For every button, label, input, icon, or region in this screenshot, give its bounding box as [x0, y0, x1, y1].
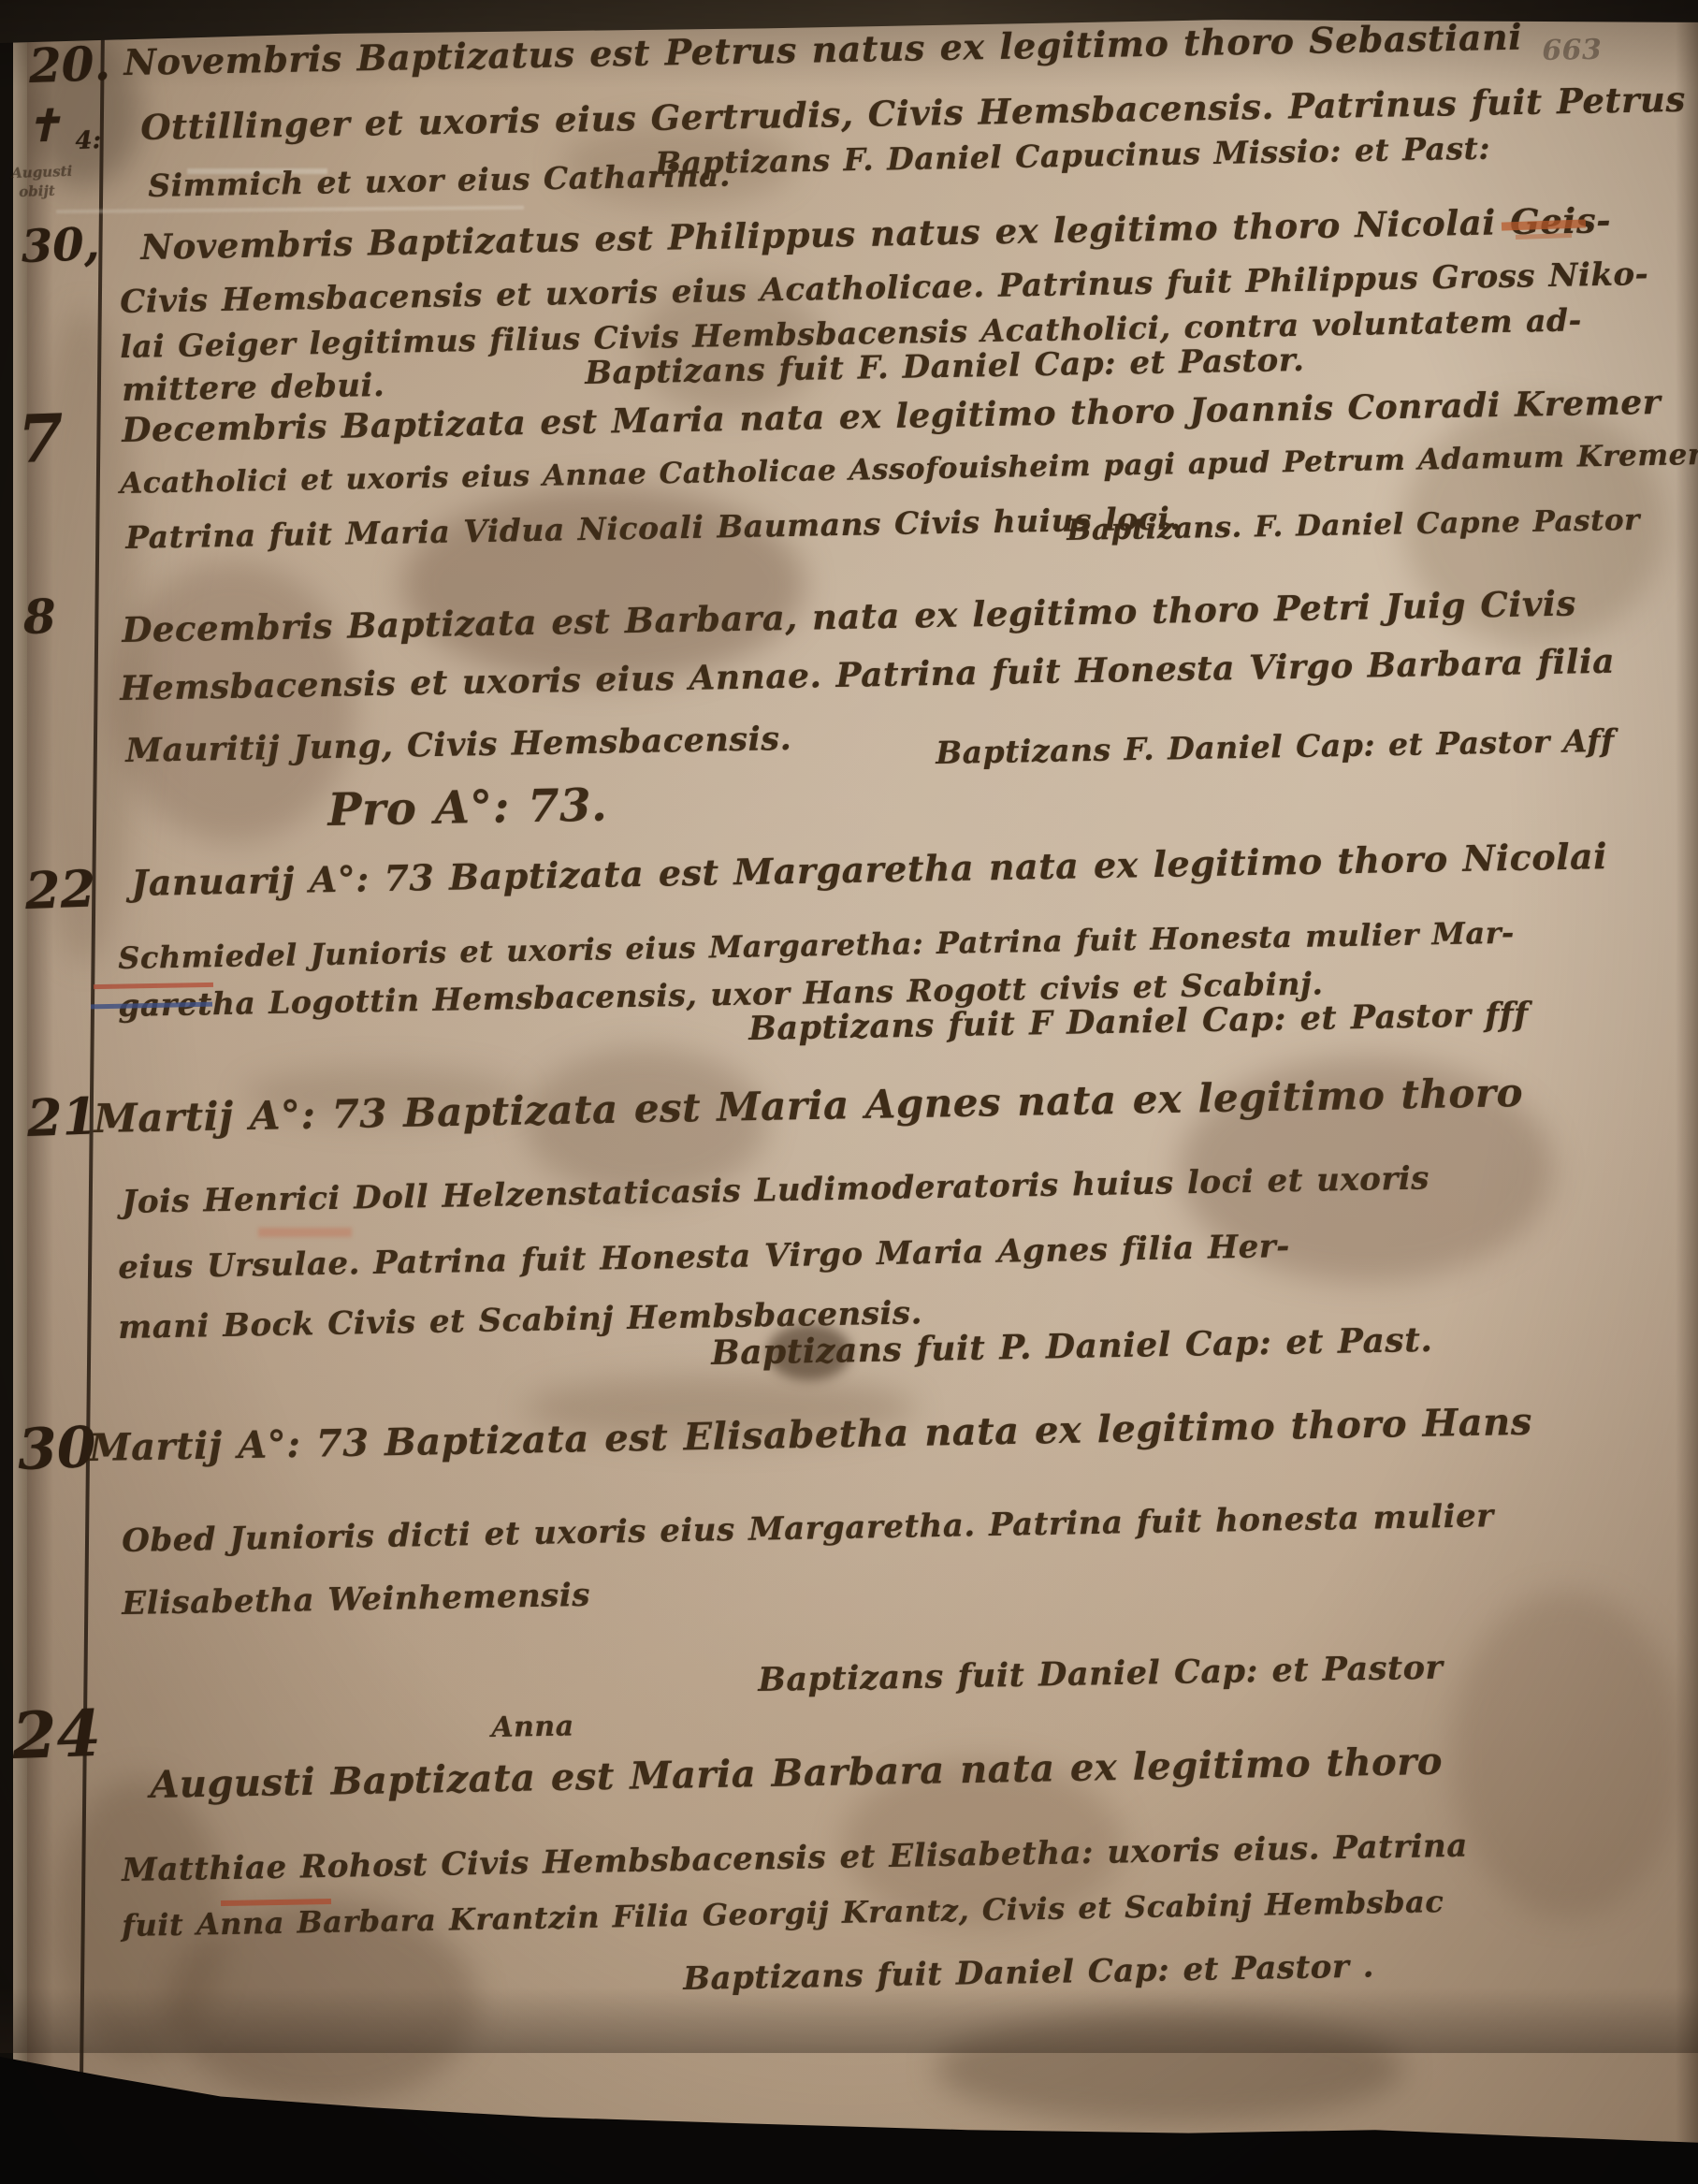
year-header: Pro A°: 73.: [327, 783, 608, 833]
register-line: Elisabetha Weinhemensis: [122, 1580, 590, 1620]
adjacent-page-edge: [13, 0, 27, 2184]
folio-number: 663: [1542, 36, 1603, 66]
margin-day: 8: [22, 593, 57, 641]
margin-note-day: 4:: [75, 128, 102, 153]
margin-day: 24: [11, 1702, 102, 1769]
margin-day: 20.: [28, 40, 111, 90]
margin-day: 30: [17, 1420, 97, 1478]
margin-note-word: obijt: [19, 184, 55, 199]
interlinear-insert: Anna: [491, 1712, 574, 1742]
scan-background-edge: [0, 0, 13, 2184]
manuscript-scan: 663 20. ✝ 4: Augusti obijt 30, 7 8 22 21…: [0, 0, 1698, 2184]
fore-edge-shading: [1676, 0, 1698, 2184]
margin-day: 21: [26, 1090, 98, 1143]
cross-icon: ✝: [24, 104, 62, 148]
margin-day: 30,: [21, 222, 100, 269]
register-line: mittere debui.: [122, 370, 385, 406]
margin-day: 7: [17, 405, 65, 473]
margin-note-word: Augusti: [11, 165, 72, 181]
bottom-edge-shadow: [0, 1987, 1698, 2053]
margin-day: 22: [24, 863, 96, 916]
